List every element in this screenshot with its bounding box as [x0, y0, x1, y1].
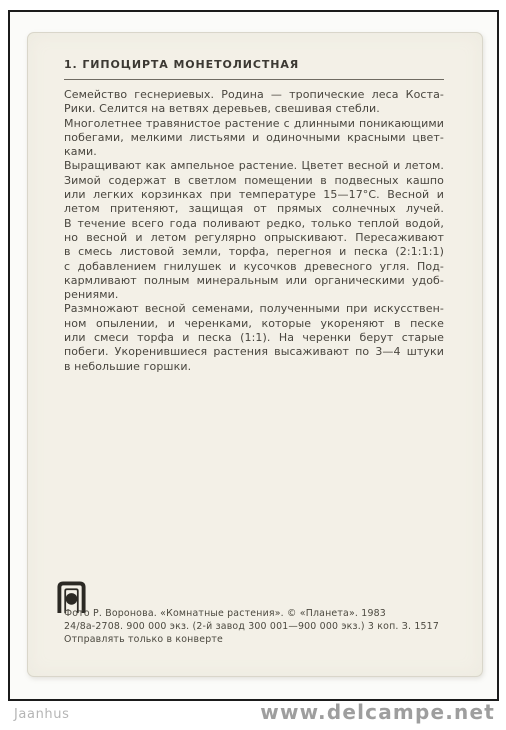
imprint-credit: Фото Р. Воронова. «Комнатные растения». …: [64, 607, 482, 620]
text-line: Выращивают как ампельное растение. Цвете…: [64, 159, 444, 173]
text-line: Многолетнее травянистое растение с длинн…: [64, 117, 444, 131]
text-line: Размножают весной семенами, полученными …: [64, 302, 444, 316]
text-line: побеги. Укоренившиеся растения высаживаю…: [64, 345, 444, 359]
title-divider: [64, 79, 444, 80]
text-line: В течение всего года поливают редко, тол…: [64, 217, 444, 231]
imprint-mailing-note: Отправлять только в конверте: [64, 633, 482, 646]
postcard-title: 1. ГИПОЦИРТА МОНЕТОЛИСТНАЯ: [64, 58, 299, 71]
paragraph-propagation: Размножают весной семенами, полученными …: [64, 302, 444, 373]
text-line: Зимой содержат в светлом помещении в под…: [64, 174, 444, 188]
text-line: но весной и летом регулярно опрыскивают.…: [64, 231, 444, 245]
text-line: или смеси торфа и песка (1:1). На черенк…: [64, 331, 444, 345]
postcard-text: Семейство геснериевых. Родина — тропичес…: [64, 88, 444, 374]
paragraph-habitat: Семейство геснериевых. Родина — тропичес…: [64, 88, 444, 117]
text-line: рениями.: [64, 288, 444, 302]
text-line: в смесь листовой земли, торфа, перегноя …: [64, 245, 444, 259]
text-line: Семейство геснериевых. Родина — тропичес…: [64, 88, 444, 102]
watermark-seller-name: Jaanhus: [14, 707, 69, 722]
text-line: в небольшие горшки.: [64, 360, 444, 374]
text-line: кармливают полным минеральным или органи…: [64, 274, 444, 288]
imprint-edition: 24/8а-2708. 900 000 экз. (2-й завод 300 …: [64, 620, 482, 633]
text-line: с добавлением гнилушек и кусочков древес…: [64, 260, 444, 274]
postcard-back: 1. ГИПОЦИРТА МОНЕТОЛИСТНАЯ Семейство гес…: [27, 32, 483, 677]
watermark-delcampe-site: www.delcampe.net: [260, 700, 495, 724]
paragraph-care: Выращивают как ампельное растение. Цвете…: [64, 159, 444, 302]
text-line: или легких корзинках при температуре 15—…: [64, 188, 444, 202]
text-line: летом притеняют, защищая от прямых солне…: [64, 202, 444, 216]
text-line: ками.: [64, 145, 444, 159]
text-line: Рики. Селится на ветвях деревьев, свешив…: [64, 102, 444, 116]
scan-frame: 1. ГИПОЦИРТА МОНЕТОЛИСТНАЯ Семейство гес…: [8, 10, 499, 701]
text-line: ном опылении, и черенками, которые укоре…: [64, 317, 444, 331]
paragraph-description: Многолетнее травянистое растение с длинн…: [64, 117, 444, 160]
imprint-block: Фото Р. Воронова. «Комнатные растения». …: [64, 607, 482, 646]
text-line: побегами, мелкими листьями и одиночными …: [64, 131, 444, 145]
